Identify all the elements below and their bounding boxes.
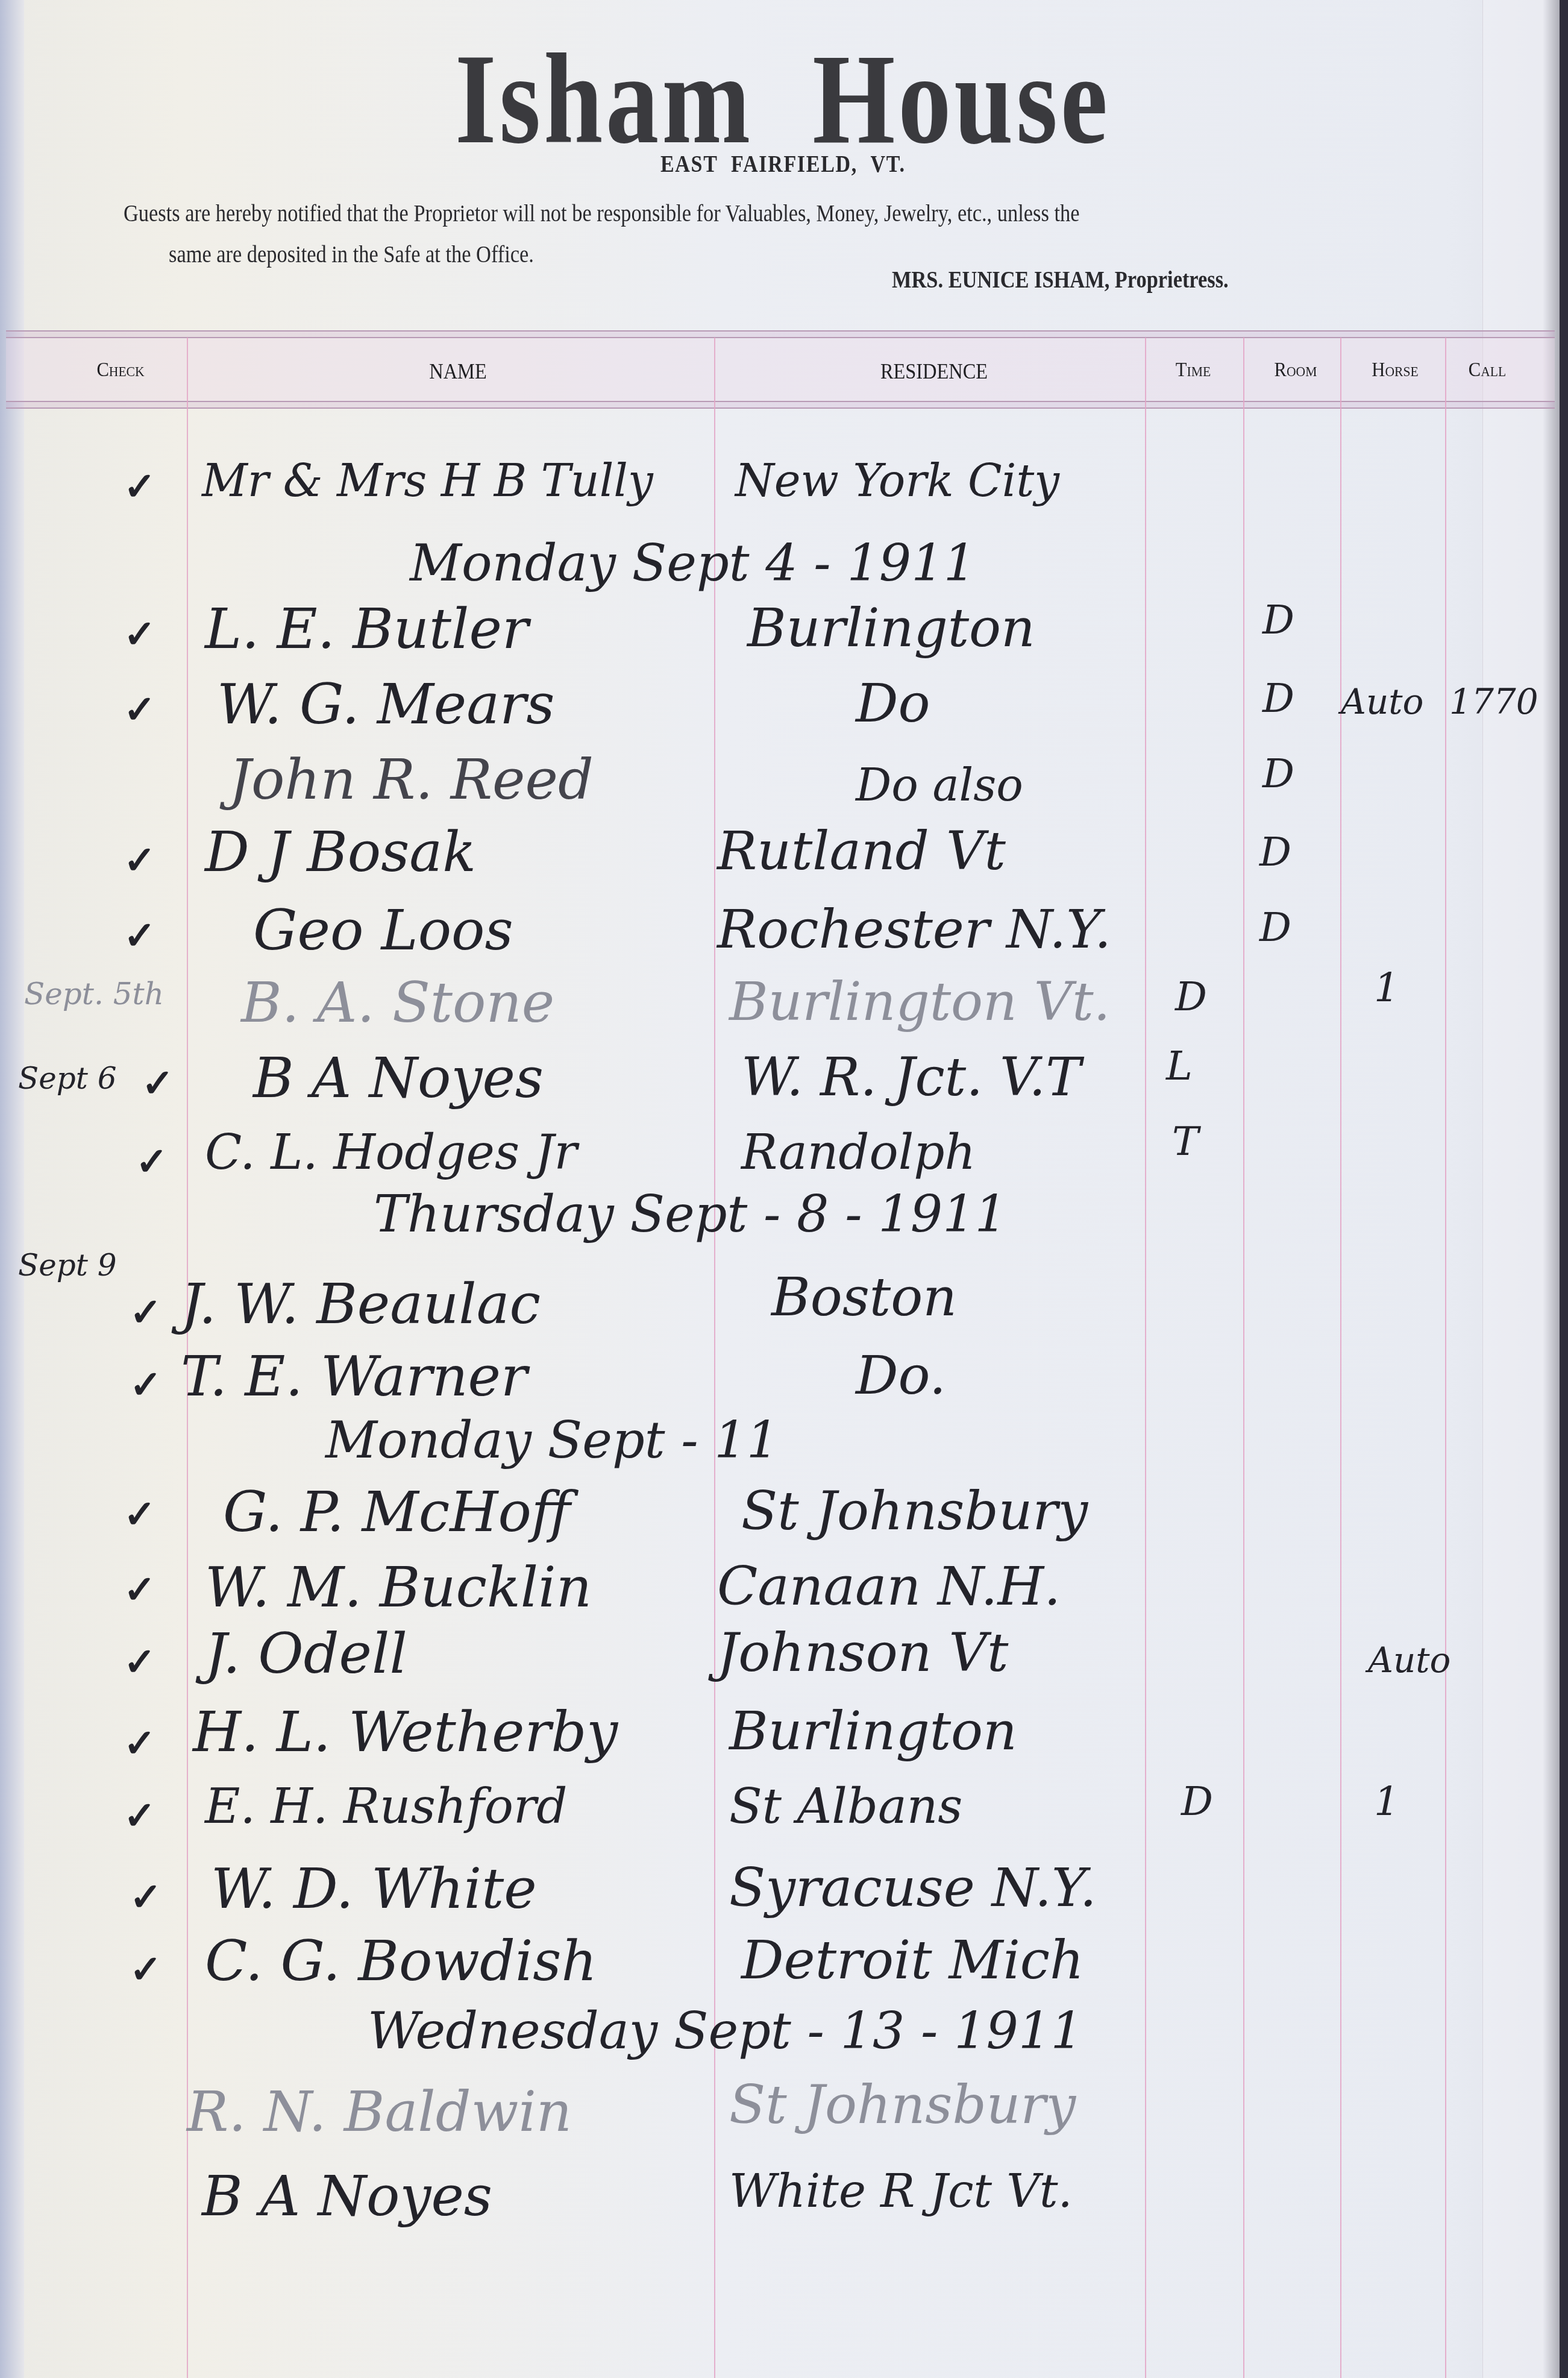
column-divider-room-horse bbox=[1340, 338, 1341, 2378]
guest-residence: Burlington bbox=[729, 1700, 1017, 1762]
check-mark: ✓ bbox=[124, 464, 156, 509]
time-mark: T bbox=[1172, 1118, 1199, 1165]
guest-residence: Rutland Vt bbox=[717, 820, 1006, 882]
time-mark: D bbox=[1181, 1778, 1213, 1825]
check-mark: ✓ bbox=[124, 1640, 156, 1685]
header-rule-bottom bbox=[6, 401, 1555, 409]
guest-residence: Do. bbox=[856, 1344, 946, 1406]
check-mark: ✓ bbox=[136, 1139, 168, 1184]
column-divider-time-room bbox=[1243, 338, 1244, 2378]
guest-residence: Boston bbox=[771, 1266, 957, 1328]
horse-value: Auto bbox=[1368, 1640, 1450, 1681]
register-page: Isham House EAST FAIRFIELD, VT. Guests a… bbox=[0, 0, 1568, 2378]
time-mark: L bbox=[1166, 1043, 1193, 1089]
notice-line-2: same are deposited in the Safe at the Of… bbox=[169, 240, 534, 268]
column-header-call: Call bbox=[1455, 359, 1520, 382]
check-mark: ✓ bbox=[124, 1721, 156, 1766]
guest-name: Mr & Mrs H B Tully bbox=[202, 455, 653, 507]
guest-name: R. N. Baldwin bbox=[187, 2080, 572, 2144]
guest-residence: St Johnsbury bbox=[729, 2074, 1076, 2136]
guest-name: C. L. Hodges Jr bbox=[205, 1124, 577, 1180]
column-divider-horse-call bbox=[1445, 338, 1446, 2378]
guest-residence: Do also bbox=[856, 760, 1023, 811]
guest-name: W. M. Bucklin bbox=[205, 1555, 592, 1620]
column-header-room: Room bbox=[1263, 359, 1328, 382]
guest-name: C. G. Bowdish bbox=[205, 1929, 597, 1993]
column-header-check: Check bbox=[83, 359, 158, 382]
book-cover-edge bbox=[1560, 0, 1568, 2378]
guest-name: J. W. Beaulac bbox=[181, 1272, 541, 1336]
check-mark: ✓ bbox=[124, 1793, 156, 1839]
check-mark: ✓ bbox=[124, 1567, 156, 1612]
margin-date: Sept. 5th bbox=[24, 977, 164, 1011]
column-divider-residence-time bbox=[1145, 338, 1146, 2378]
check-mark: ✓ bbox=[130, 1362, 162, 1408]
call-value: 1770 bbox=[1449, 681, 1538, 722]
horse-value: 1 bbox=[1374, 964, 1399, 1011]
column-header-name: NAME bbox=[382, 359, 534, 384]
check-mark: ✓ bbox=[130, 1875, 162, 1920]
check-mark: ✓ bbox=[124, 838, 156, 883]
guest-residence: Rochester N.Y. bbox=[717, 898, 1111, 960]
column-header-residence: RESIDENCE bbox=[853, 359, 1015, 384]
guest-name: W. D. White bbox=[211, 1857, 537, 1921]
guest-name: H. L. Wetherby bbox=[193, 1700, 618, 1764]
proprietress-line: MRS. EUNICE ISHAM, Proprietress. bbox=[892, 265, 1229, 294]
room-mark: D bbox=[1259, 904, 1291, 951]
day-heading: Wednesday Sept - 13 - 1911 bbox=[368, 2001, 1083, 2060]
guest-residence: Burlington bbox=[747, 597, 1035, 659]
check-mark: ✓ bbox=[124, 1492, 156, 1537]
guest-name: Geo Loos bbox=[253, 898, 513, 963]
day-heading: Thursday Sept - 8 - 1911 bbox=[374, 1184, 1007, 1244]
guest-name: B. A. Stone bbox=[241, 970, 554, 1035]
margin-date: Sept 9 bbox=[18, 1248, 117, 1283]
room-mark: D bbox=[1262, 675, 1294, 722]
time-mark: D bbox=[1175, 974, 1207, 1020]
guest-residence: Johnson Vt bbox=[717, 1622, 1008, 1684]
guest-residence: White R Jct Vt. bbox=[729, 2164, 1073, 2218]
day-heading: Monday Sept 4 - 1911 bbox=[410, 533, 976, 593]
guest-name: E. H. Rushford bbox=[205, 1778, 567, 1834]
room-mark: D bbox=[1259, 829, 1291, 875]
guest-name: B A Noyes bbox=[202, 2164, 492, 2229]
guest-name: B A Noyes bbox=[253, 1046, 544, 1110]
guest-name: T. E. Warner bbox=[181, 1344, 527, 1409]
check-mark: ✓ bbox=[124, 913, 156, 958]
notice-line-1: Guests are hereby notified that the Prop… bbox=[124, 199, 1079, 227]
guest-name: John R. Reed bbox=[229, 747, 594, 812]
hotel-location: EAST FAIRFIELD, VT. bbox=[117, 149, 1450, 178]
guest-residence: W. R. Jct. V.T bbox=[741, 1046, 1081, 1108]
room-mark: D bbox=[1262, 750, 1294, 797]
guest-residence: Detroit Mich bbox=[741, 1929, 1084, 1991]
day-heading: Monday Sept - 11 bbox=[325, 1411, 779, 1470]
guest-name: G. P. McHoff bbox=[223, 1480, 571, 1544]
guest-residence: Do bbox=[856, 672, 930, 734]
column-header-time: Time bbox=[1161, 359, 1226, 382]
horse-value: 1 bbox=[1374, 1778, 1399, 1825]
header-rule-top bbox=[6, 330, 1555, 338]
guest-residence: St Johnsbury bbox=[741, 1480, 1088, 1542]
horse-value: Auto bbox=[1341, 681, 1423, 722]
guest-residence: Syracuse N.Y. bbox=[729, 1857, 1097, 1919]
check-mark: ✓ bbox=[130, 1290, 162, 1335]
check-mark: ✓ bbox=[142, 1061, 174, 1106]
guest-residence: Randolph bbox=[741, 1124, 976, 1180]
check-mark: ✓ bbox=[124, 687, 156, 732]
guest-residence: Canaan N.H. bbox=[717, 1555, 1061, 1617]
column-divider-name-residence bbox=[714, 338, 715, 2378]
guest-name: J. Odell bbox=[205, 1622, 407, 1686]
guest-residence: St Albans bbox=[729, 1778, 962, 1834]
guest-residence: New York City bbox=[735, 455, 1059, 507]
guest-name: W. G. Mears bbox=[217, 672, 554, 737]
guest-name: D J Bosak bbox=[205, 820, 476, 884]
guest-residence: Burlington Vt. bbox=[729, 970, 1111, 1033]
margin-date: Sept 6 bbox=[18, 1061, 117, 1096]
check-mark: ✓ bbox=[130, 1947, 162, 1992]
guest-name: L. E. Butler bbox=[205, 597, 528, 661]
room-mark: D bbox=[1262, 597, 1294, 643]
check-mark: ✓ bbox=[124, 612, 156, 657]
column-header-horse: Horse bbox=[1360, 359, 1431, 382]
